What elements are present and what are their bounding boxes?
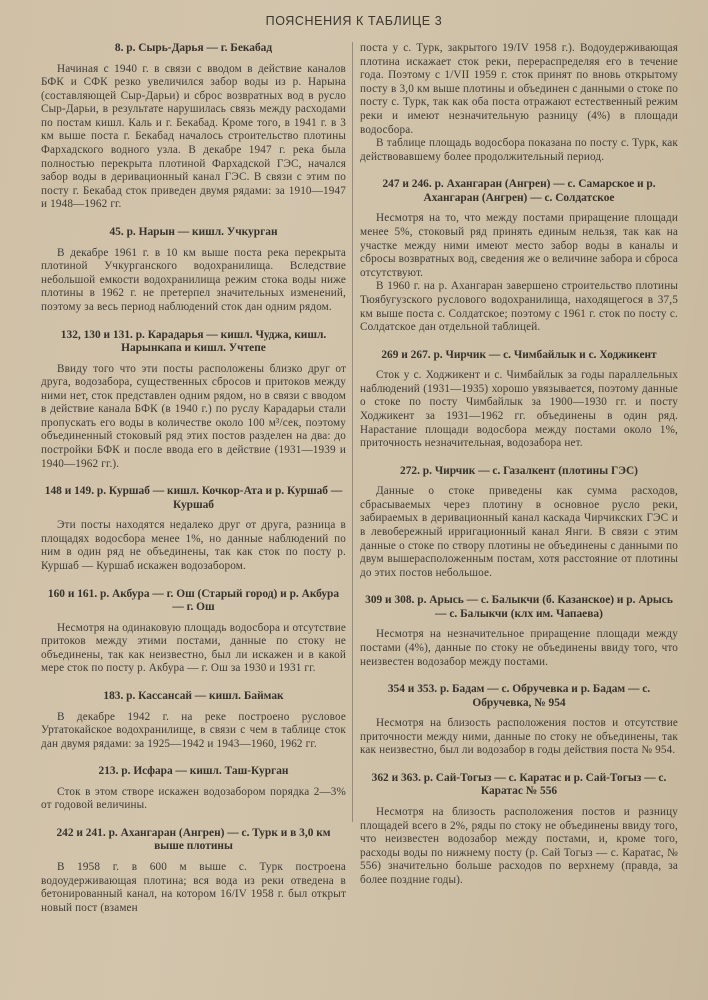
section-heading: 213. р. Исфара — кишл. Таш-Курган (41, 765, 346, 779)
section-heading: 148 и 149. р. Куршаб — кишл. Кочкор-Ата … (41, 485, 346, 512)
note-section: 242 и 241. р. Ахангаран (Ангрен) — с. Ту… (41, 827, 346, 915)
note-section: 354 и 353. р. Бадам — с. Обручевка и р. … (360, 683, 678, 758)
note-section: 183. р. Кассансай — кишл. Баймак В декаб… (41, 690, 346, 751)
section-paragraph: В таблице площадь водосбора показана по … (360, 137, 678, 164)
section-heading: 242 и 241. р. Ахангаран (Ангрен) — с. Ту… (41, 827, 346, 854)
section-paragraph: В 1958 г. в 600 м выше с. Турк построена… (41, 861, 346, 915)
section-paragraph: В декабре 1961 г. в 10 км выше поста рек… (41, 247, 346, 315)
right-column: поста у с. Турк, закрытого 19/IV 1958 г.… (360, 42, 678, 902)
column-divider (352, 42, 353, 822)
section-paragraph: Сток в этом створе искажен водозабором п… (41, 786, 346, 813)
note-section: 132, 130 и 131. р. Карадарья — кишл. Чуд… (41, 329, 346, 472)
left-column: 8. р. Сырь-Дарья — г. Бекабад Начиная с … (41, 42, 346, 929)
section-paragraph: Данные о стоке приведены как сумма расхо… (360, 485, 678, 580)
note-section: 269 и 267. р. Чирчик — с. Чимбайлык и с.… (360, 349, 678, 451)
note-section: 45. р. Нарын — кишл. Учкурган В декабре … (41, 226, 346, 314)
section-paragraph: Несмотря на близость расположения постов… (360, 717, 678, 758)
section-heading: 309 и 308. р. Арысь — с. Балыкчи (б. Каз… (360, 594, 678, 621)
note-section: 8. р. Сырь-Дарья — г. Бекабад Начиная с … (41, 42, 346, 212)
section-paragraph: Несмотря на одинаковую площадь водосбора… (41, 622, 346, 676)
section-paragraph: Начиная с 1940 г. в связи с вводом в дей… (41, 63, 346, 213)
section-heading: 160 и 161. р. Акбура — г. Ош (Старый гор… (41, 588, 346, 615)
note-section: 247 и 246. р. Ахангаран (Ангрен) — с. Са… (360, 178, 678, 334)
section-heading: 8. р. Сырь-Дарья — г. Бекабад (41, 42, 346, 56)
note-section-continued: поста у с. Турк, закрытого 19/IV 1958 г.… (360, 42, 678, 164)
note-section: 148 и 149. р. Куршаб — кишл. Кочкор-Ата … (41, 485, 346, 573)
page-title: ПОЯСНЕНИЯ К ТАБЛИЦЕ 3 (0, 14, 708, 28)
note-section: 362 и 363. р. Сай-Тогыз — с. Каратас и р… (360, 772, 678, 888)
section-heading: 183. р. Кассансай — кишл. Баймак (41, 690, 346, 704)
section-paragraph: Эти посты находятся недалеко друг от дру… (41, 519, 346, 573)
note-section: 309 и 308. р. Арысь — с. Балыкчи (б. Каз… (360, 594, 678, 669)
section-paragraph: В декабре 1942 г. на реке построено русл… (41, 711, 346, 752)
section-heading: 269 и 267. р. Чирчик — с. Чимбайлык и с.… (360, 349, 678, 363)
section-heading: 272. р. Чирчик — с. Газалкент (плотины Г… (360, 465, 678, 479)
section-paragraph: Несмотря на незначительное приращение пл… (360, 628, 678, 669)
section-paragraph: Несмотря на близость расположения постов… (360, 806, 678, 888)
section-heading: 132, 130 и 131. р. Карадарья — кишл. Чуд… (41, 329, 346, 356)
section-heading: 362 и 363. р. Сай-Тогыз — с. Каратас и р… (360, 772, 678, 799)
section-paragraph: Несмотря на то, что между постами приращ… (360, 212, 678, 280)
note-section: 272. р. Чирчик — с. Газалкент (плотины Г… (360, 465, 678, 581)
section-heading: 247 и 246. р. Ахангаран (Ангрен) — с. Са… (360, 178, 678, 205)
section-heading: 354 и 353. р. Бадам — с. Обручевка и р. … (360, 683, 678, 710)
note-section: 160 и 161. р. Акбура — г. Ош (Старый гор… (41, 588, 346, 676)
section-paragraph: Сток у с. Ходжикент и с. Чимбайлык за го… (360, 369, 678, 451)
section-paragraph: В 1960 г. на р. Ахангаран завершено стро… (360, 280, 678, 334)
section-paragraph: поста у с. Турк, закрытого 19/IV 1958 г.… (360, 42, 678, 137)
note-section: 213. р. Исфара — кишл. Таш-Курган Сток в… (41, 765, 346, 813)
section-heading: 45. р. Нарын — кишл. Учкурган (41, 226, 346, 240)
section-paragraph: Ввиду того что эти посты расположены бли… (41, 363, 346, 472)
